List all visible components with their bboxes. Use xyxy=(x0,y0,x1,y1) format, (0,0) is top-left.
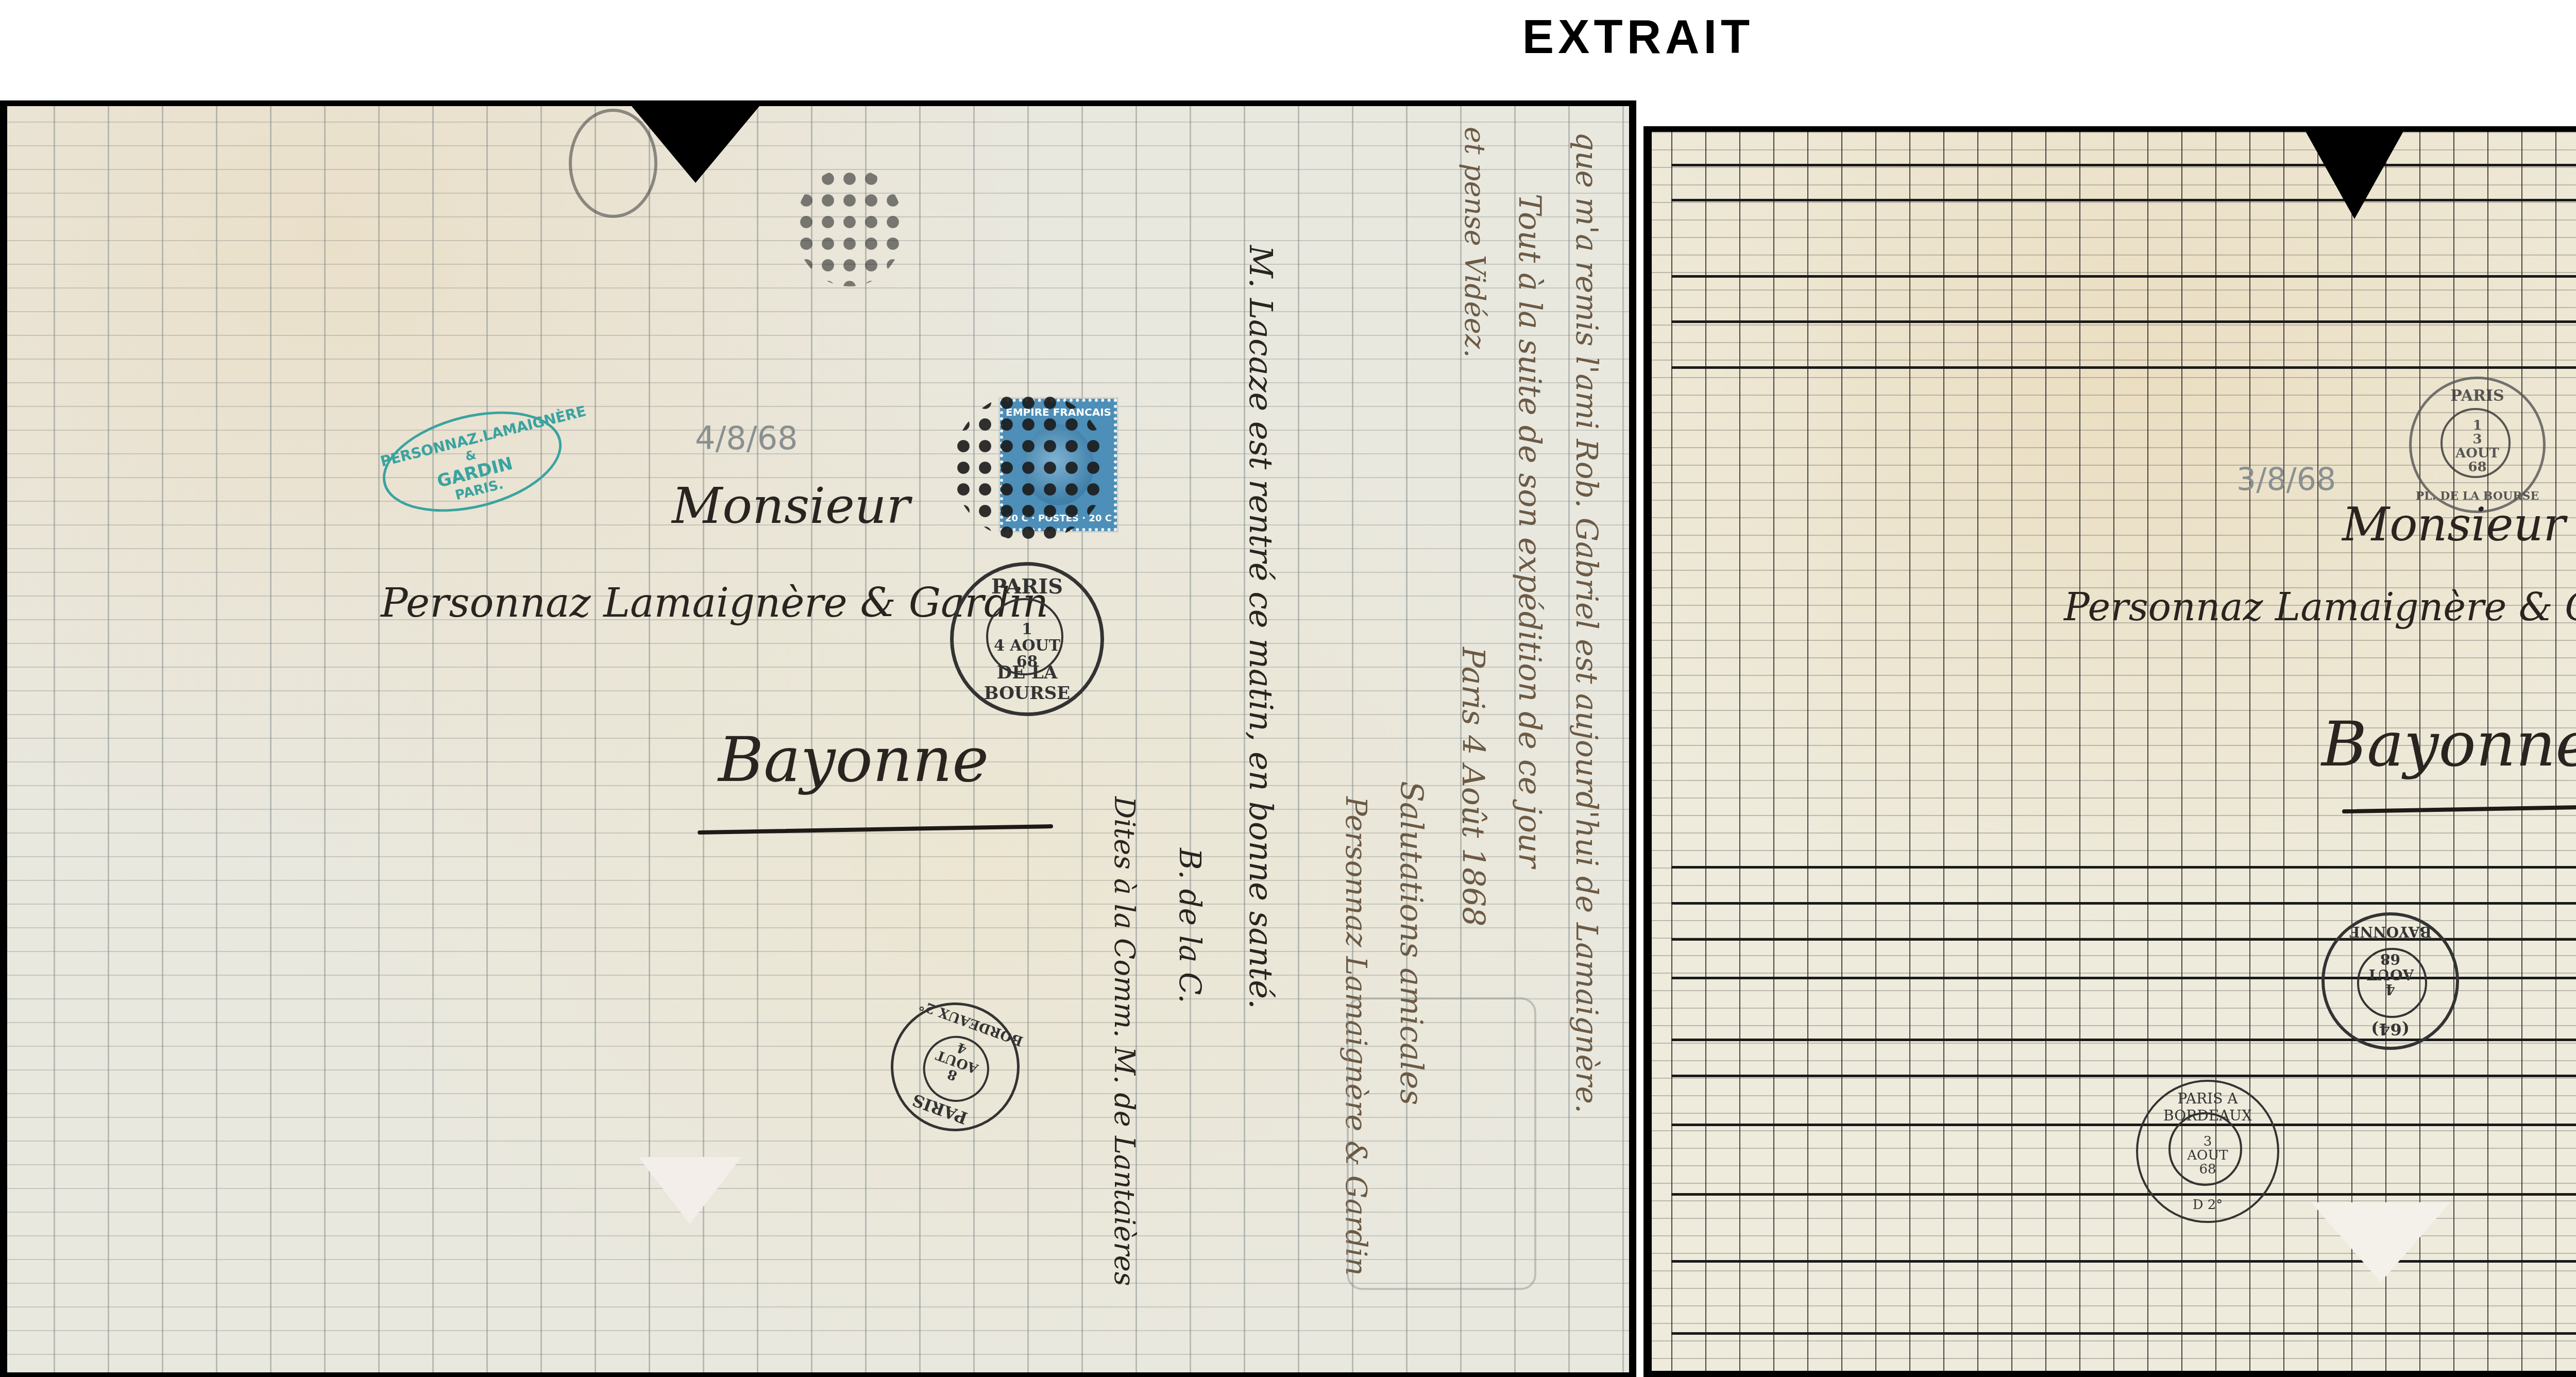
address-city: Bayonne xyxy=(718,724,989,796)
postmark-paris-bourse: PARIS 1 3 AOUT 68 PL. DE LA BOURSE xyxy=(2409,377,2546,513)
postmark-paris-bordeaux: PARIS 8 AOUT 4 BORDEAUX 2° xyxy=(873,984,1038,1149)
address-name: Personnaz Lamaignère & Gardin xyxy=(2064,585,2576,630)
postmark-paris-bourse: PARIS 1 4 AOUT 68 DE LA BOURSE xyxy=(950,562,1104,716)
address-name: Personnaz Lamaignère & Gardin xyxy=(381,580,1048,626)
address-city: Bayonne xyxy=(2321,709,2576,780)
letter-line: que m'a remis l'ami Rob. Gabriel est auj… xyxy=(1569,132,1604,1113)
letter-line: M. Lacaze est rentré ce matin, en bonne … xyxy=(1242,245,1280,1009)
postmark-bayonne: (64) 4 AOUT 68 BAYONNE xyxy=(2321,912,2459,1050)
postmark-paris-a-bordeaux: PARIS A BORDEAUX 3 AOUT 68 D 2° xyxy=(2136,1080,2279,1223)
left-letter-sheet: PERSONNAZ.LAMAIGNÈRE & GARDIN PARIS. 4/8… xyxy=(7,106,1629,1372)
letter-line: Paris 4 Août 1868 xyxy=(1455,647,1491,926)
letter-line: Dites à la Comm. M. de Lantaières xyxy=(1108,796,1141,1286)
notch-right xyxy=(2306,131,2403,219)
letter-line: B. de la C. xyxy=(1173,848,1208,1004)
cancel-dots-blue-stamp xyxy=(953,392,1107,541)
notch-left xyxy=(631,106,760,183)
page-title: EXTRAIT xyxy=(0,10,2576,64)
pencil-date-note: 3/8/68 xyxy=(2236,462,2336,498)
address-underline xyxy=(2342,804,2576,813)
letter-line: Tout à la suite de son expédition de ce … xyxy=(1512,194,1548,868)
paper-patch xyxy=(2311,1202,2450,1282)
printed-letterhead-box xyxy=(1347,997,1536,1290)
pencil-date-note: 4/8/68 xyxy=(695,419,798,457)
address-underline xyxy=(698,824,1053,835)
address-salutation: Monsieur xyxy=(2342,498,2566,552)
cancel-dots-top xyxy=(795,168,904,286)
paper-patch xyxy=(638,1157,741,1224)
address-salutation: Monsieur xyxy=(672,477,910,535)
letter-line: et pense Vidéez. xyxy=(1459,127,1491,358)
merchant-cachet: PERSONNAZ.LAMAIGNÈRE & GARDIN PARIS. xyxy=(372,395,572,529)
right-letter-sheet: 3/8/68 EMPIRE FRANC 40 C · POSTES · 40 C… xyxy=(1652,132,2576,1371)
